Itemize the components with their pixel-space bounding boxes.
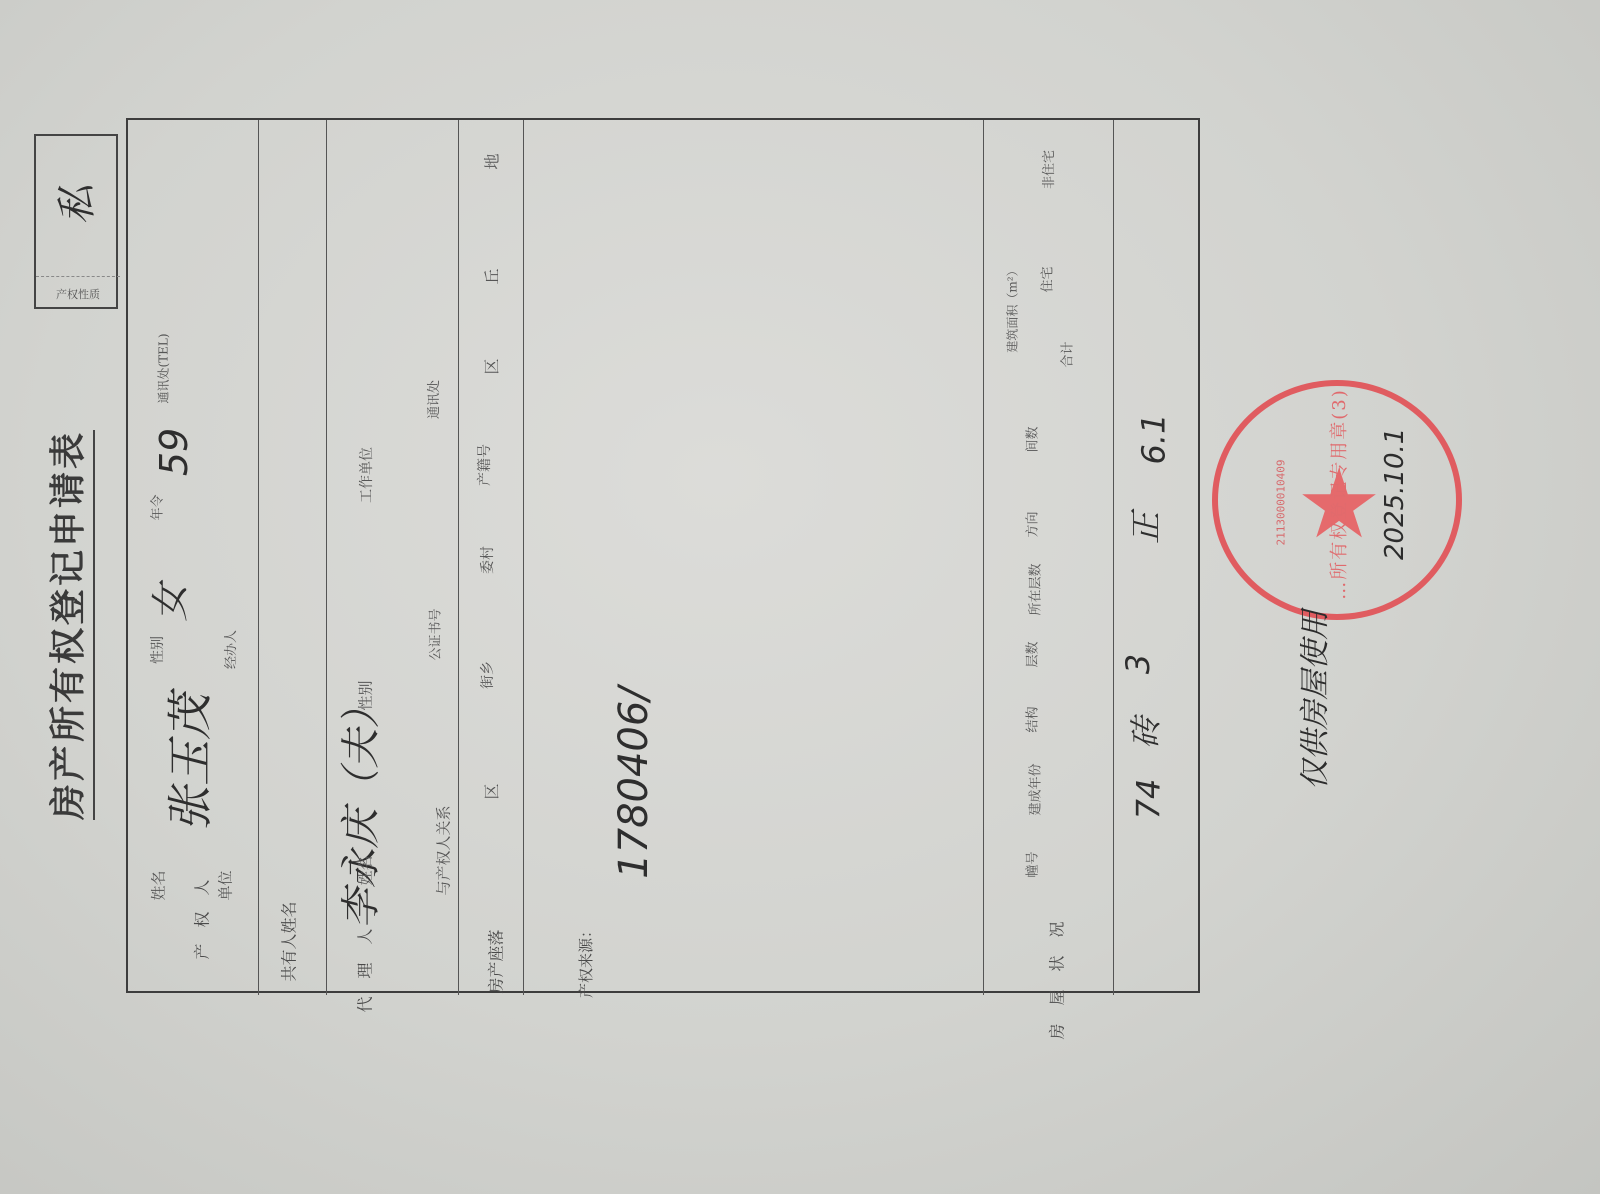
housing-area-group-label: 建筑面积（m²） xyxy=(1004,264,1021,352)
agent-gender-label: 性别 xyxy=(355,680,376,710)
housing-section-label: 房屋状况 xyxy=(1045,903,1068,1039)
housing-residential-label: 住宅 xyxy=(1037,266,1056,292)
property-nature-value: 私 xyxy=(46,185,103,225)
property-nature-box: 产权性质 私 xyxy=(34,134,118,309)
location-street-label: 街乡 xyxy=(477,661,497,689)
owner-contact-label: 通讯处(TEL) xyxy=(155,333,172,403)
location-label: 房产座落 xyxy=(484,929,507,993)
location-parcel-label: 地 xyxy=(480,153,503,169)
housing-non-residential-label: 非住宅 xyxy=(1038,150,1057,189)
row-direction[interactable]: 正 xyxy=(1121,512,1167,544)
row-rooms[interactable]: 6.1 xyxy=(1134,414,1172,465)
location-district-label: 区 xyxy=(480,783,503,799)
agent-relation-label: 与产权人关系 xyxy=(433,805,454,895)
seal-code: 2113000010409 xyxy=(1275,459,1288,545)
source-value[interactable]: 1780406/ xyxy=(611,687,657,879)
row-structure[interactable]: 砖 xyxy=(1121,717,1167,749)
agent-notary-label: 公证书号 xyxy=(425,608,444,660)
col-floors: 层数 xyxy=(1022,641,1041,667)
handwritten-annotation-date: 2025.10.1 xyxy=(1380,428,1410,560)
location-hill-label: 丘 xyxy=(480,268,503,284)
property-nature-label: 产权性质 xyxy=(36,276,120,310)
agent-contact-label: 通讯处 xyxy=(423,380,442,419)
owner-unit-label: 单位 xyxy=(215,870,236,900)
col-rooms: 间数 xyxy=(1022,426,1041,452)
owner-age-label: 年令 xyxy=(147,494,166,520)
agent-name-label: 姓名 xyxy=(355,855,376,885)
agent-section-label: 代理人 xyxy=(353,910,376,1012)
source-label: 产权来源： xyxy=(575,923,596,998)
row-year-built[interactable]: 74 xyxy=(1129,779,1167,820)
col-total: 合计 xyxy=(1057,341,1076,367)
owner-age-value[interactable]: 59 xyxy=(152,428,196,476)
form-grid: 产权人 姓名 单位 张玉茂 性别 女 年令 59 通讯处(TEL) 经办人 共有… xyxy=(126,118,1200,993)
handwritten-annotation: 仅供房屋使用 xyxy=(1290,610,1334,790)
owner-name-value[interactable]: 张玉茂 xyxy=(154,694,220,832)
co-owner-label: 共有人姓名 xyxy=(277,901,300,981)
location-village-label: 委村 xyxy=(477,546,497,574)
col-structure: 结构 xyxy=(1022,706,1041,732)
location-cadastral-label: 产籍号 xyxy=(474,444,494,486)
official-seal: ★ …所有权登记专用章(3) 2113000010409 xyxy=(1212,380,1462,620)
col-direction: 方向 xyxy=(1022,511,1041,537)
row-floors[interactable]: 3 xyxy=(1119,654,1157,674)
co-owner-value[interactable]: 李永庆（夫） xyxy=(330,689,387,929)
owner-name-label: 姓名 xyxy=(148,870,169,900)
owner-gender-label: 性别 xyxy=(147,636,167,664)
document-title: 房产所有权登记申请表 xyxy=(40,430,95,820)
owner-section-label: 产权人 xyxy=(190,863,213,959)
owner-gender-value[interactable]: 女 xyxy=(140,583,195,621)
owner-handler-label: 经办人 xyxy=(220,630,239,669)
agent-work-unit-label: 工作单位 xyxy=(356,447,376,503)
location-zone-label: 区 xyxy=(480,358,503,374)
col-floor-located: 所在层数 xyxy=(1025,563,1044,615)
seal-text: …所有权登记专用章(3) xyxy=(1325,384,1351,604)
col-year-built: 建成年份 xyxy=(1025,763,1044,815)
col-building-no: 幢号 xyxy=(1022,851,1041,877)
